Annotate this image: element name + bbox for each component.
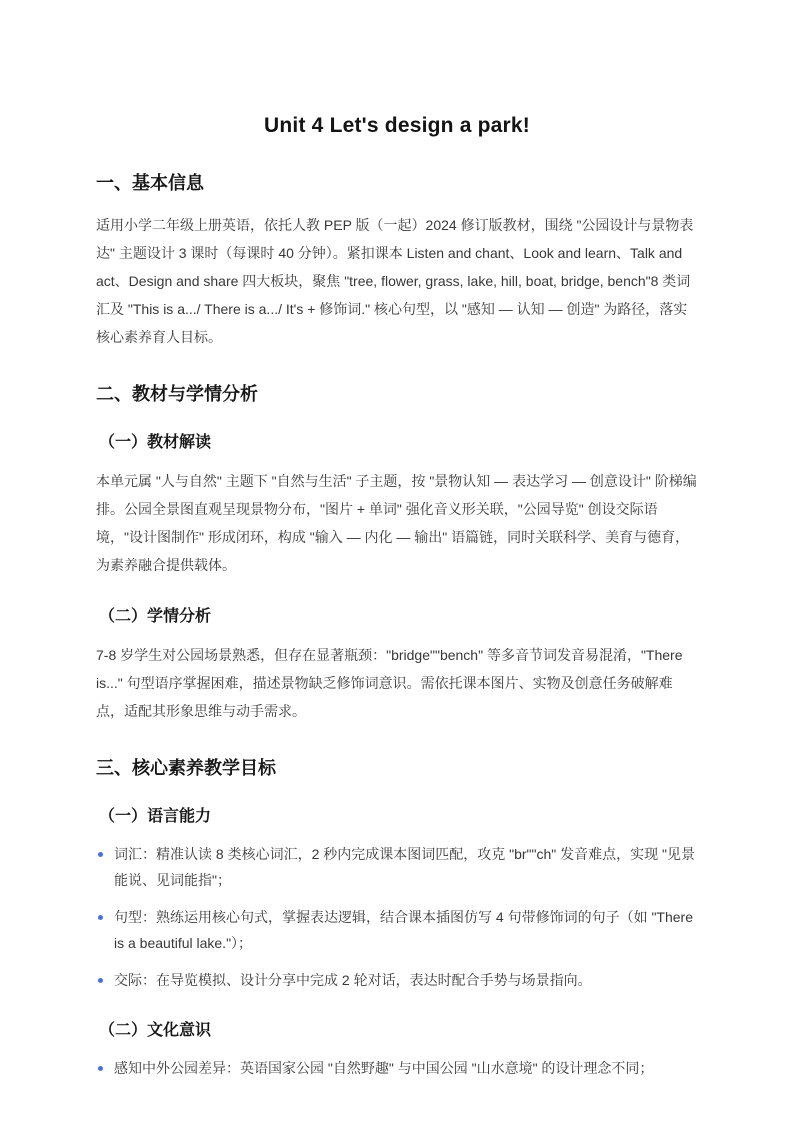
- bullet-icon: [98, 978, 103, 983]
- document-page: Unit 4 Let's design a park! 一、基本信息 适用小学二…: [0, 0, 794, 1123]
- subsection-heading-learner-analysis: （二）学情分析: [96, 607, 698, 628]
- list-item-vocabulary: 词汇：精准认读 8 类核心词汇，2 秒内完成课本图词匹配，攻克 "br""ch"…: [96, 841, 698, 893]
- list-item-communication: 交际：在导览模拟、设计分享中完成 2 轮对话，表达时配合手势与场景指向。: [96, 967, 698, 993]
- bullet-icon: [98, 852, 103, 857]
- cultural-awareness-list: 感知中外公园差异：英语国家公园 "自然野趣" 与中国公园 "山水意境" 的设计理…: [96, 1055, 698, 1081]
- basic-info-paragraph: 适用小学二年级上册英语，依托人教 PEP 版（一起）2024 修订版教材，围绕 …: [96, 211, 698, 351]
- list-item-park-differences: 感知中外公园差异：英语国家公园 "自然野趣" 与中国公园 "山水意境" 的设计理…: [96, 1055, 698, 1081]
- bullet-icon: [98, 1066, 103, 1071]
- language-ability-list: 词汇：精准认读 8 类核心词汇，2 秒内完成课本图词匹配，攻克 "br""ch"…: [96, 841, 698, 993]
- learner-analysis-paragraph: 7-8 岁学生对公园场景熟悉，但存在显著瓶颈："bridge""bench" 等…: [96, 641, 698, 725]
- list-item-text: 交际：在导览模拟、设计分享中完成 2 轮对话，表达时配合手势与场景指向。: [114, 972, 592, 988]
- list-item-text: 词汇：精准认读 8 类核心词汇，2 秒内完成课本图词匹配，攻克 "br""ch"…: [114, 846, 695, 888]
- list-item-text: 感知中外公园差异：英语国家公园 "自然野趣" 与中国公园 "山水意境" 的设计理…: [114, 1060, 653, 1076]
- subsection-heading-cultural-awareness: （二）文化意识: [96, 1021, 698, 1042]
- list-item-sentence-pattern: 句型：熟练运用核心句式，掌握表达逻辑，结合课本插图仿写 4 句带修饰词的句子（如…: [96, 904, 698, 956]
- subsection-heading-language-ability: （一）语言能力: [96, 807, 698, 828]
- section-heading-basic-info: 一、基本信息: [96, 172, 698, 195]
- document-title: Unit 4 Let's design a park!: [96, 112, 698, 140]
- bullet-icon: [98, 915, 103, 920]
- section-heading-core-competency-goals: 三、核心素养教学目标: [96, 757, 698, 780]
- list-item-text: 句型：熟练运用核心句式，掌握表达逻辑，结合课本插图仿写 4 句带修饰词的句子（如…: [114, 909, 693, 951]
- textbook-analysis-paragraph: 本单元属 "人与自然" 主题下 "自然与生活" 子主题，按 "景物认知 — 表达…: [96, 467, 698, 579]
- section-heading-material-learner-analysis: 二、教材与学情分析: [96, 383, 698, 406]
- subsection-heading-textbook-analysis: （一）教材解读: [96, 433, 698, 454]
